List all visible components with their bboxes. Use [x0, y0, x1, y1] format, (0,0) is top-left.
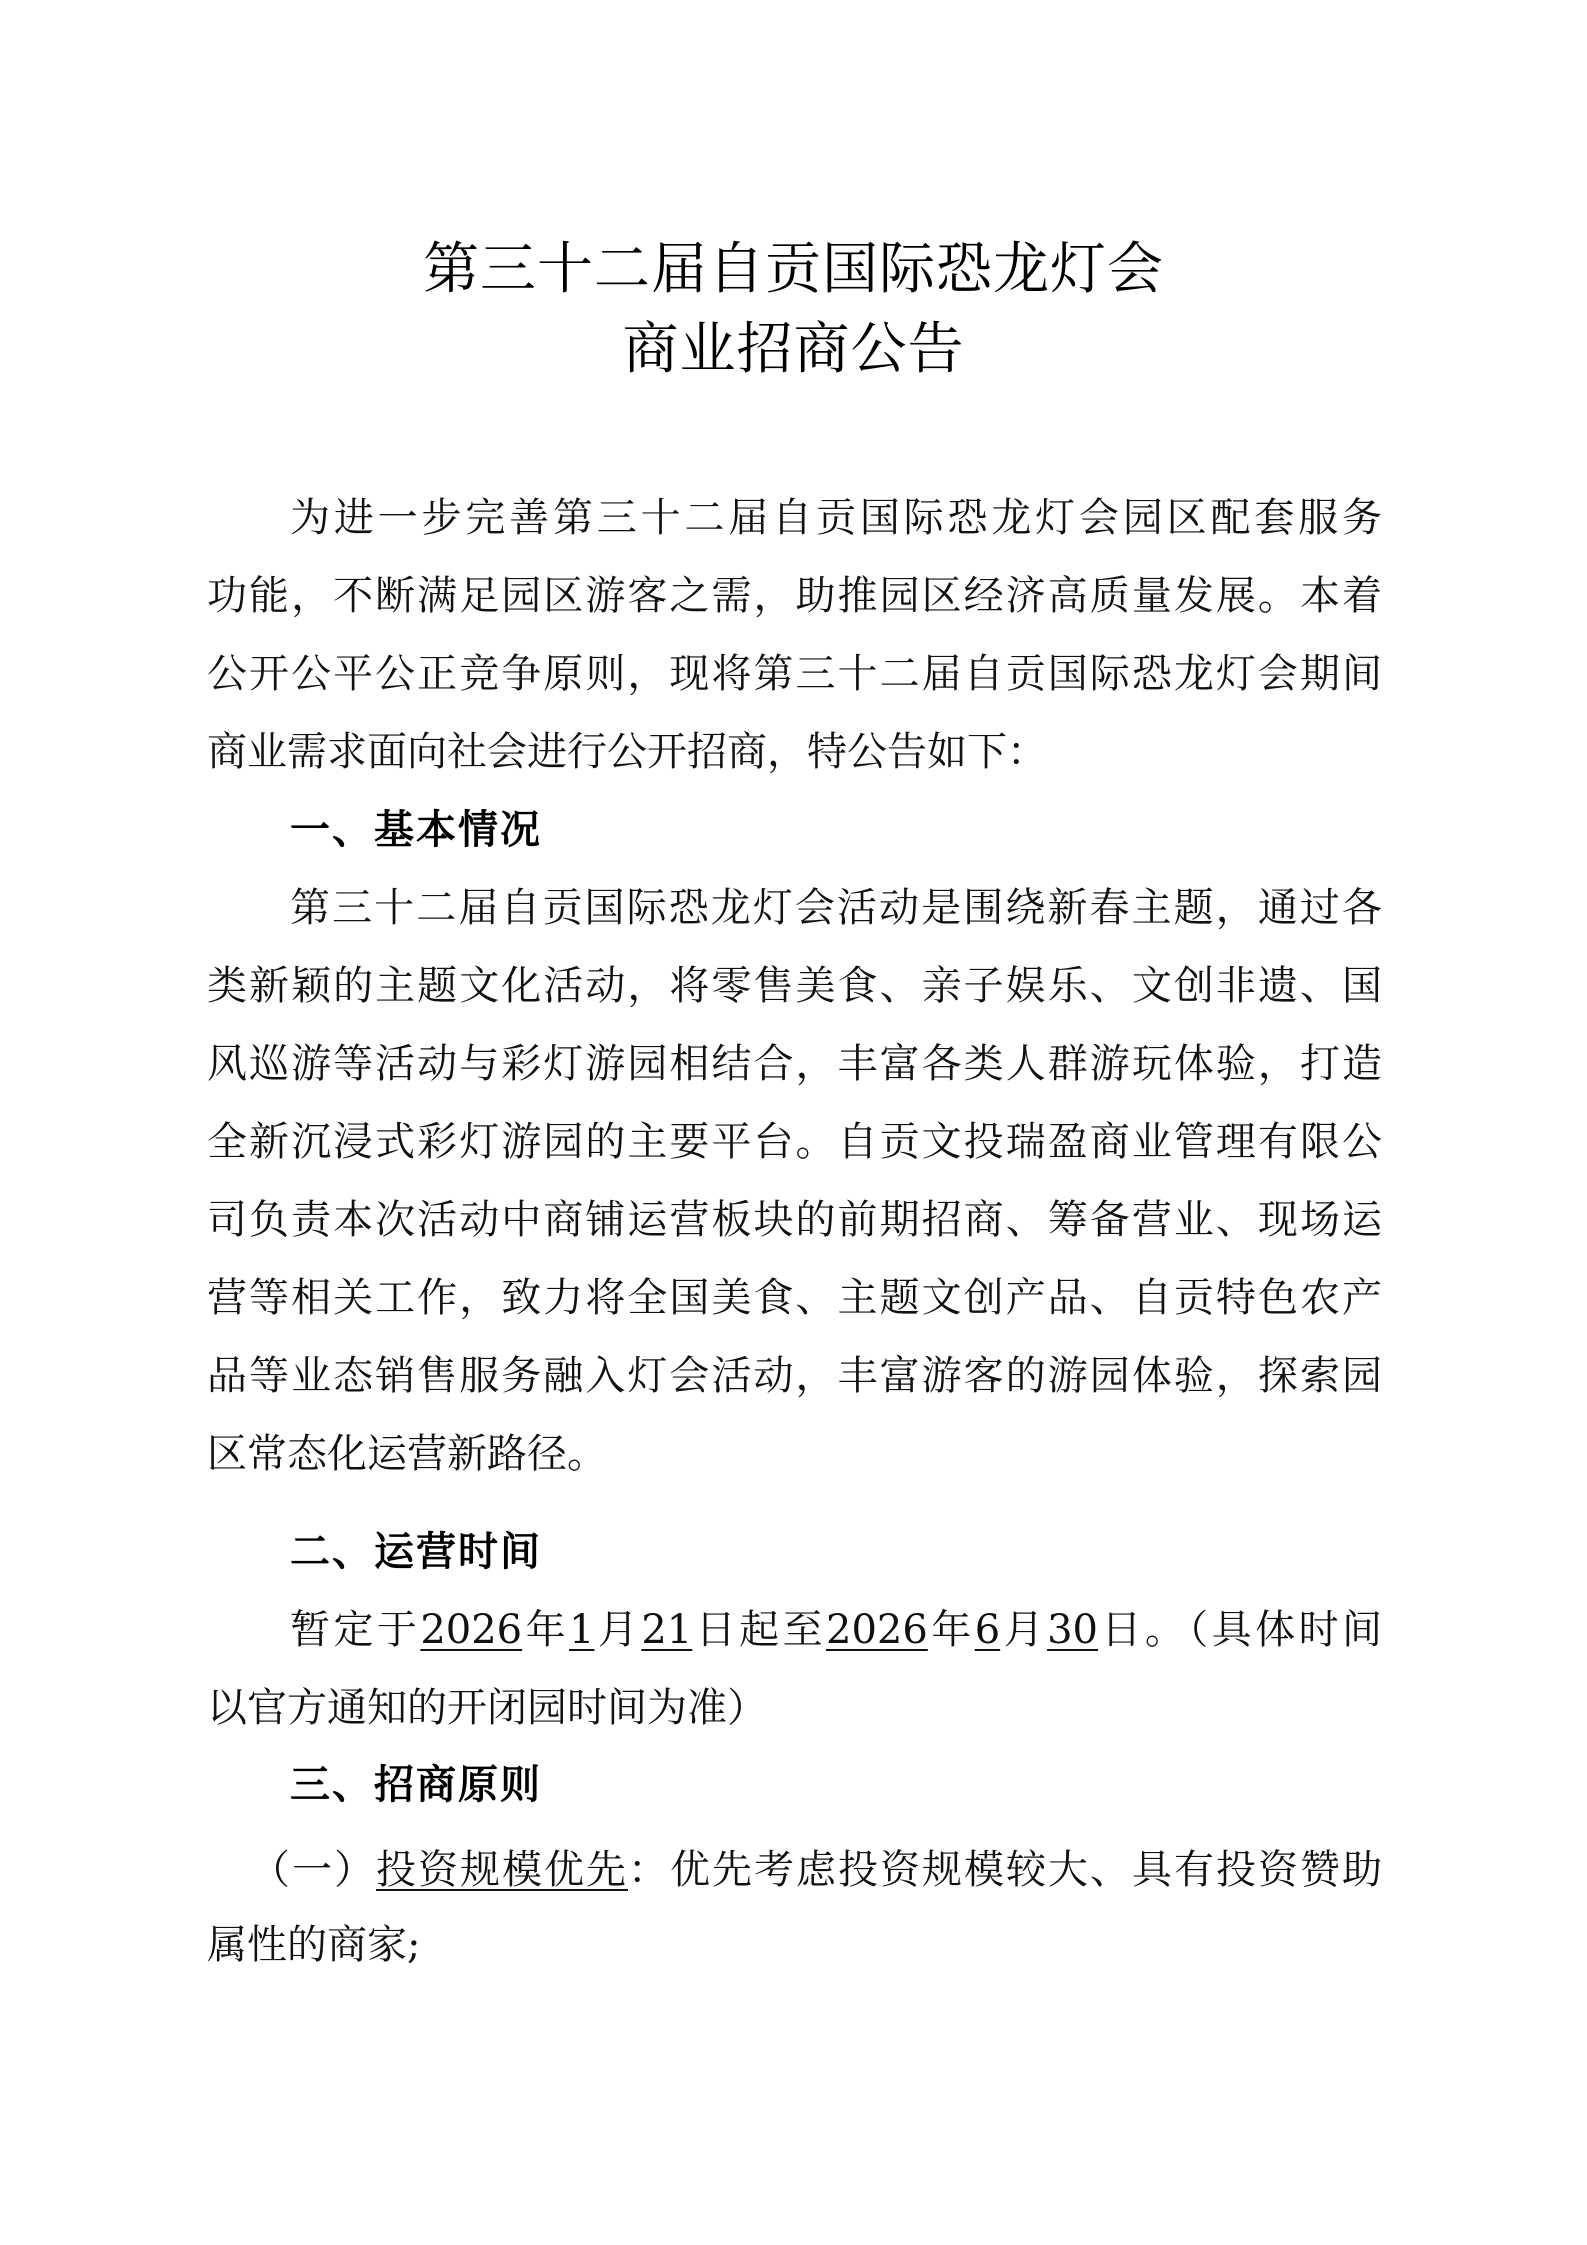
- section1-line-6: 营等相关工作，致力将全国美食、主题文创产品、自贡特色农产: [207, 1259, 1382, 1337]
- document-page: 第三十二届自贡国际恐龙灯会 商业招商公告 为进一步完善第三十二届自贡国际恐龙灯会…: [0, 0, 1587, 2245]
- date-suffix: 日。（具体时间: [1098, 1607, 1382, 1653]
- section1-line-8: 区常态化运营新路径。: [207, 1415, 1382, 1493]
- principle-item-1-line-1: （一）投资规模优先：优先考虑投资规模较大、具有投资赞助: [250, 1831, 1382, 1909]
- intro-line-4: 商业需求面向社会进行公开招商，特公告如下：: [207, 713, 1382, 791]
- start-month-char: 月: [594, 1607, 641, 1653]
- intro-line-1: 为进一步完善第三十二届自贡国际恐龙灯会园区配套服务: [290, 479, 1382, 557]
- section1-line-4: 全新沉浸式彩灯游园的主要平台。自贡文投瑞盈商业管理有限公: [207, 1103, 1382, 1181]
- section1-line-5: 司负责本次活动中商铺运营板块的前期招商、筹备营业、现场运: [207, 1181, 1382, 1259]
- day-from-char: 日起至: [692, 1607, 826, 1653]
- end-month: 6: [975, 1607, 1000, 1653]
- section-heading-operating-time: 二、运营时间: [290, 1513, 542, 1591]
- principle-item-1-text: ：优先考虑投资规模较大、具有投资赞助: [628, 1847, 1382, 1893]
- section1-line-3: 风巡游等活动与彩灯游园相结合，丰富各类人群游玩体验，打造: [207, 1025, 1382, 1103]
- section1-line-7: 品等业态销售服务融入灯会活动，丰富游客的游园体验，探索园: [207, 1337, 1382, 1415]
- end-year-char: 年: [928, 1607, 975, 1653]
- section-heading-basic-info: 一、基本情况: [290, 791, 542, 869]
- intro-line-3: 公开公平公正竞争原则，现将第三十二届自贡国际恐龙灯会期间: [207, 635, 1382, 713]
- section1-line-2: 类新颖的主题文化活动，将零售美食、亲子娱乐、文创非遗、国: [207, 947, 1382, 1025]
- start-year-char: 年: [522, 1607, 569, 1653]
- principle-item-1-line-2: 属性的商家;: [207, 1906, 1382, 1984]
- document-title-line1: 第三十二届自贡国际恐龙灯会: [0, 230, 1587, 310]
- operating-time-line-2: 以官方通知的开闭园时间为准）: [207, 1669, 1382, 1747]
- section-heading-principles: 三、招商原则: [290, 1746, 542, 1824]
- principle-item-1-number: （一）: [250, 1847, 376, 1893]
- document-title-line2: 商业招商公告: [0, 310, 1587, 390]
- operating-time-line-1: 暂定于2026年1月21日起至2026年6月30日。（具体时间: [290, 1591, 1382, 1669]
- intro-line-2: 功能，不断满足园区游客之需，助推园区经济高质量发展。本着: [207, 557, 1382, 635]
- start-month: 1: [569, 1607, 594, 1653]
- end-month-char: 月: [1000, 1607, 1047, 1653]
- start-year: 2026: [420, 1607, 522, 1653]
- principle-item-1-label: 投资规模优先: [376, 1847, 628, 1893]
- start-day: 21: [641, 1607, 692, 1653]
- end-day: 30: [1047, 1607, 1098, 1653]
- section1-line-1: 第三十二届自贡国际恐龙灯会活动是围绕新春主题，通过各: [290, 869, 1382, 947]
- date-prefix: 暂定于: [290, 1607, 420, 1653]
- end-year: 2026: [826, 1607, 928, 1653]
